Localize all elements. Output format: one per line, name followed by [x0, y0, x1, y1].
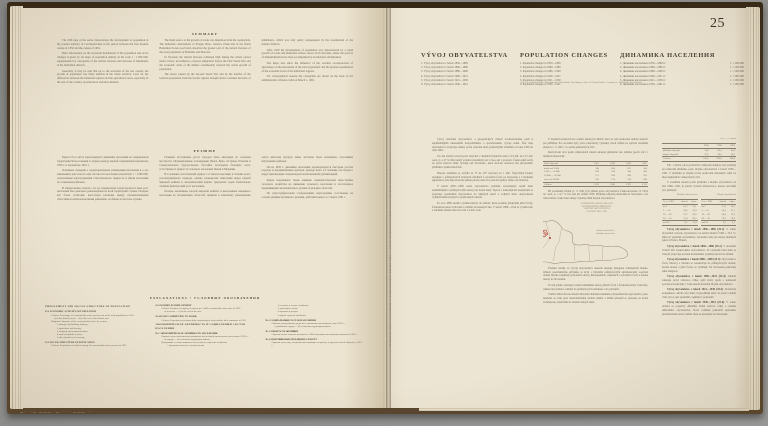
decrease-table: Úbytek obyvatelstva% z r. 1961okresůobyv…	[701, 194, 737, 228]
explanations-heading: EXPLANATIONS • УСЛОВНЫЕ ОБОЗНАЧЕНИЯ	[57, 296, 353, 300]
body-column-2: V dnešních hranicích lze souhrn některýc…	[543, 138, 648, 392]
summary-text: The 25th map of the series characterizes…	[57, 39, 353, 146]
growth-share-table: Tab. 1, % z počtu193019501961přírůstek o…	[662, 138, 736, 162]
czech-title: VÝVOJ OBYVATELSTVA	[421, 52, 511, 59]
communes-table: Počet obyvatel1921193019501961méně než 2…	[543, 161, 648, 188]
resume-text: Карты 25-го листа характеризуют динамику…	[57, 156, 353, 286]
credit-line: Věd. red. Vendelín Hačka • Kartografoval…	[418, 82, 744, 84]
mini-map: SCHEMATICKÁ MAPKA OBLASTÍSOUSTŘEDĚNÉHO P…	[543, 203, 635, 265]
col2-middle: Při posledním sčítání (1. 3. 1961) byl z…	[543, 190, 648, 201]
left-page: SUMMARY The 25th map of the series chara…	[23, 8, 388, 408]
col2-intro: V dnešních hranicích lze souhrn některýc…	[543, 138, 648, 159]
increase-table: Přírůstek obyvatelstva% z r. 1961okresůo…	[662, 194, 698, 228]
explanations-legend: EMPLOYMENT AND SOCIAL STRUCTURE OF POPUL…	[45, 304, 363, 400]
red-growth-dot	[549, 237, 551, 239]
english-title: POPULATION CHANGES	[520, 52, 612, 59]
right-page: 25 VÝVOJ OBYVATELSTVA 1. Vývoj obyvatels…	[383, 8, 749, 408]
district-tables: Přírůstek obyvatelstva% z r. 1961okresůo…	[662, 194, 736, 228]
map-commentary: Vývoj obyvatelstva v letech 1850—1869 (2…	[662, 228, 736, 316]
book-gutter	[386, 7, 391, 409]
page-number: 25	[710, 16, 725, 32]
atlas-book: SUMMARY The 25th map of the series chara…	[7, 2, 763, 414]
summary-heading: SUMMARY	[57, 32, 353, 36]
col3-intro: Tab. 1 udává, jak se jednotlivé velikost…	[662, 164, 736, 192]
russian-title: ДИНАМИКА НАСЕЛЕНИЯ	[620, 52, 744, 59]
collection-stamp: —· ··— ——— ·— ···· ——— ··	[20, 410, 92, 414]
resume-heading: РЕЗЮМЕ	[57, 149, 353, 153]
body-column-1: Vývoj rozložení obyvatelstva a geografic…	[432, 138, 533, 392]
czechoslovakia-outline-map	[543, 213, 635, 265]
body-column-3: Tab. 1, % z počtu193019501961přírůstek o…	[662, 138, 736, 392]
page-edges-left	[10, 6, 23, 409]
col2-bottom: Územní rozdíly ve vývoji obyvatelstva ná…	[543, 267, 648, 305]
